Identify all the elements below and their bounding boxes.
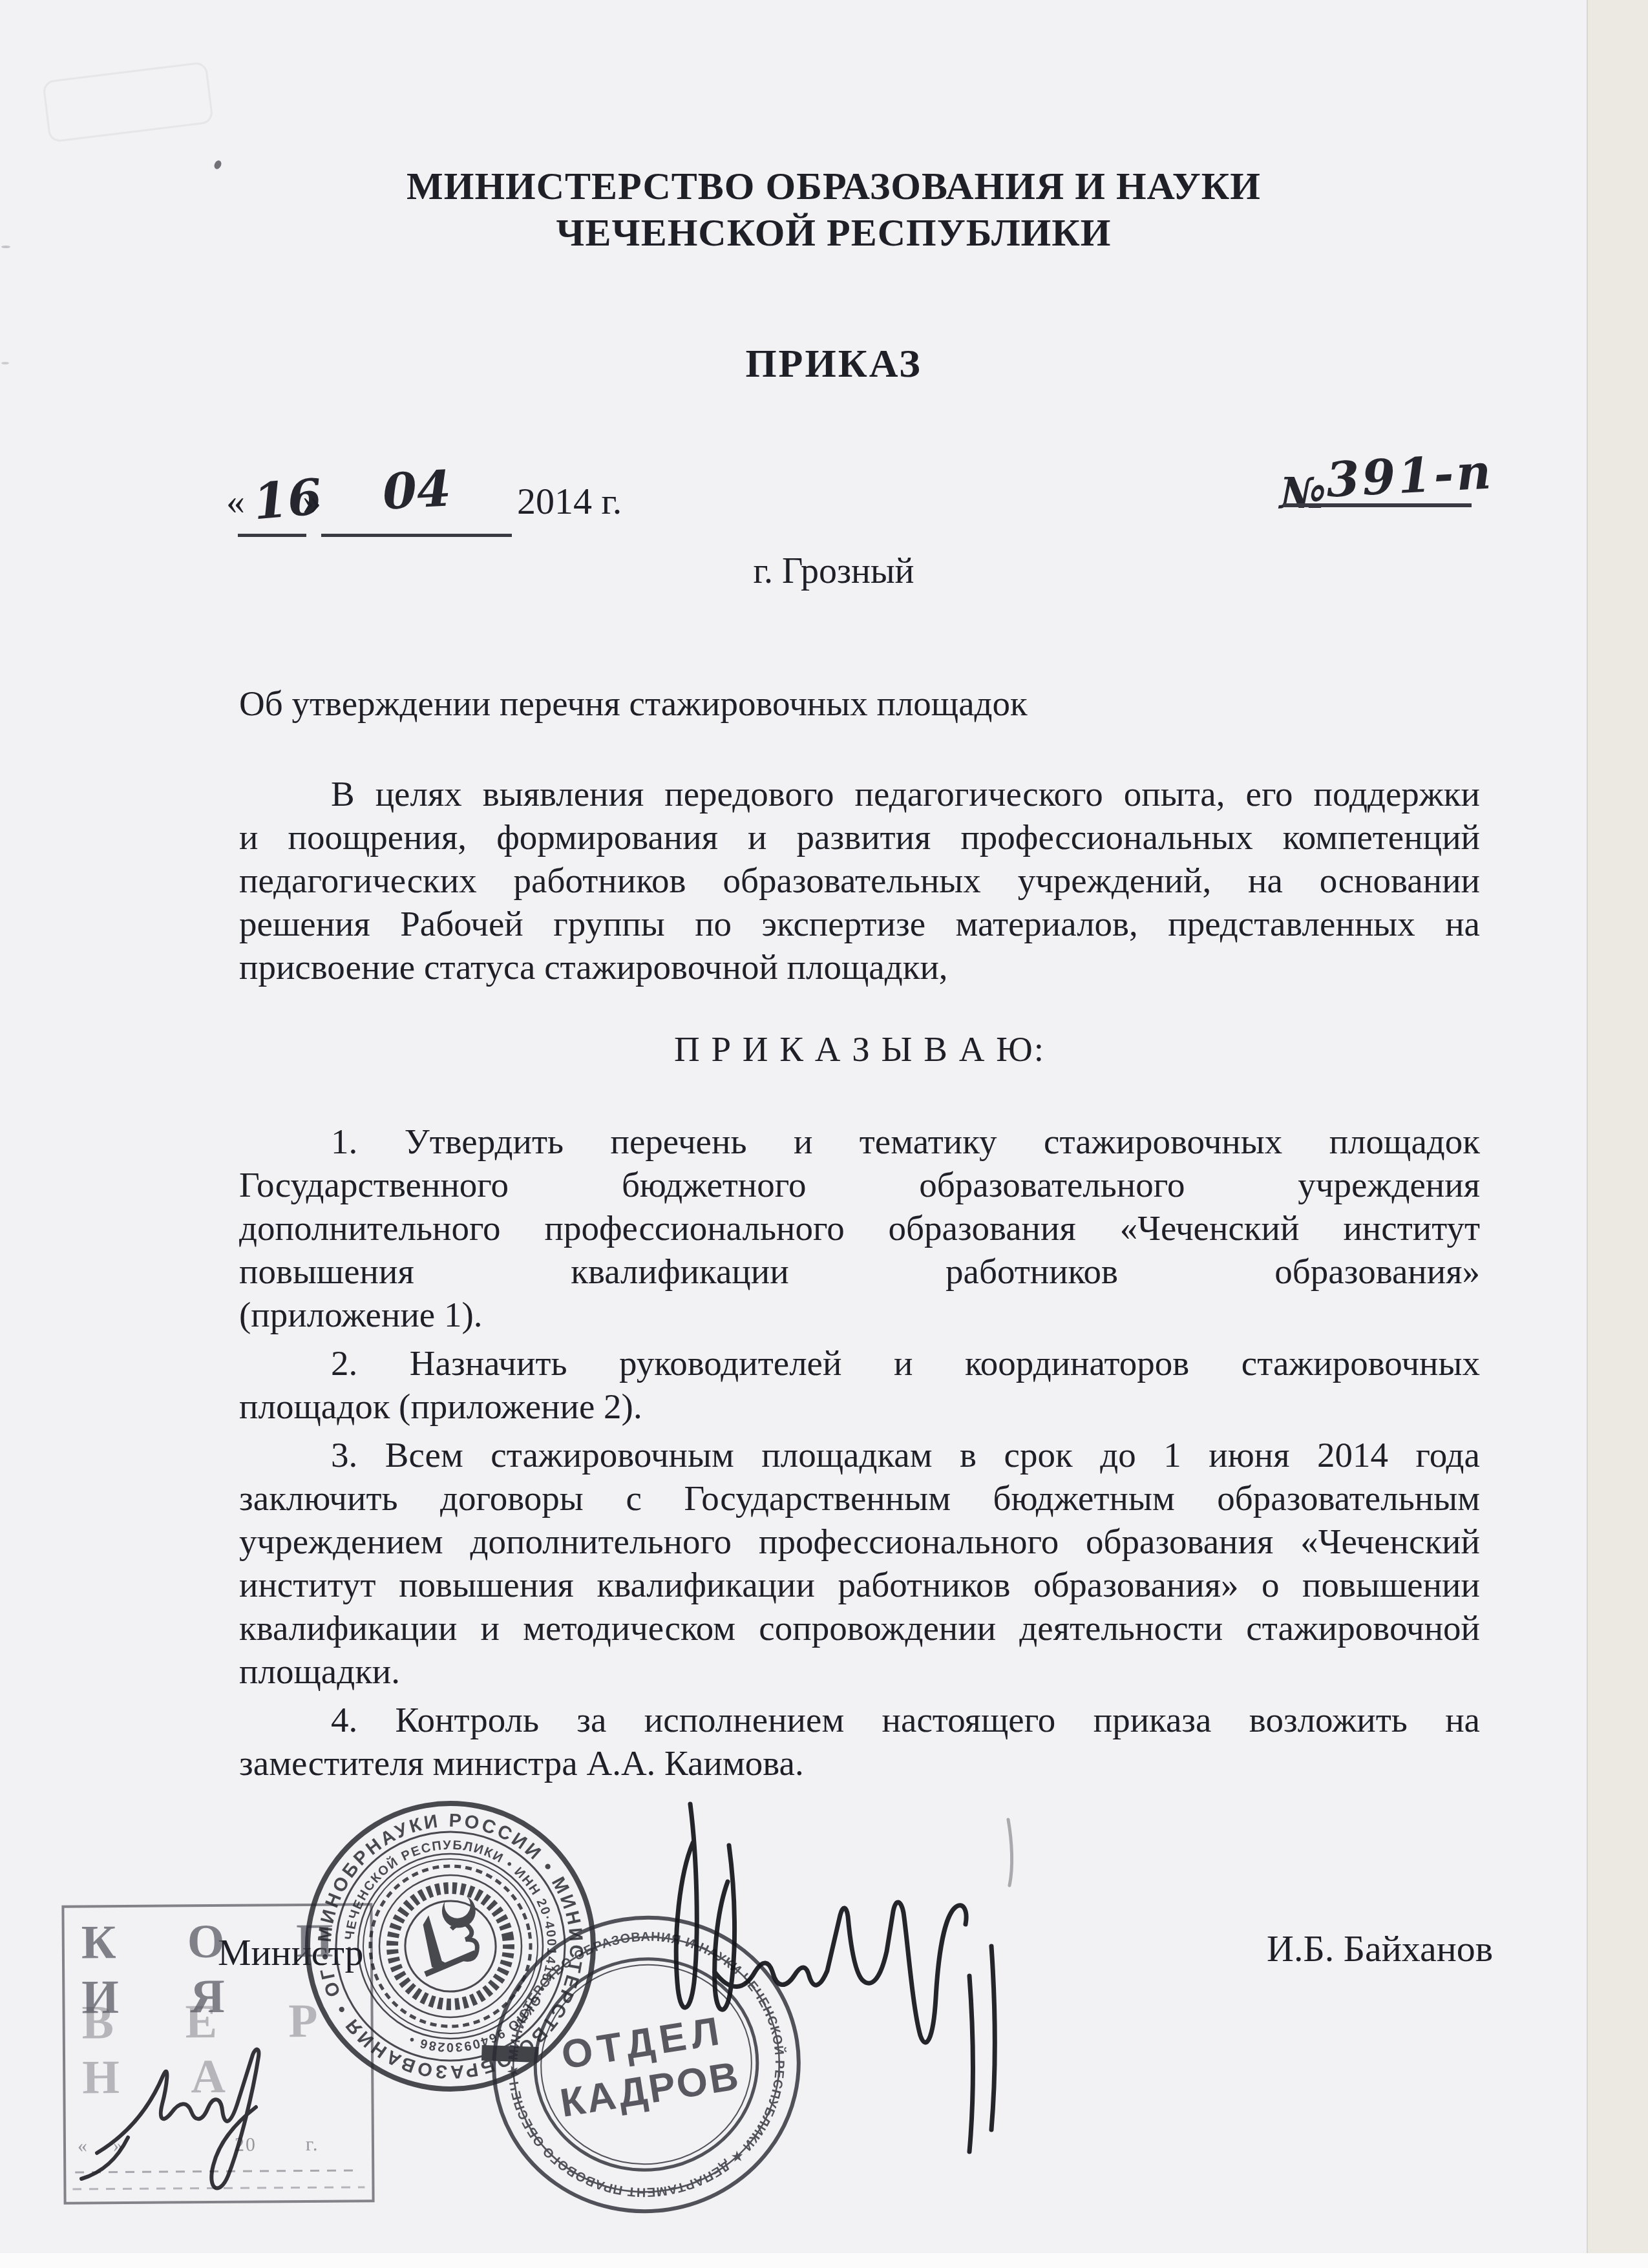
doc-line: повышения квалификации работников образо… bbox=[239, 1250, 1480, 1293]
doc-line: квалификации и методическом сопровождени… bbox=[239, 1606, 1480, 1650]
document-type-title: ПРИКАЗ bbox=[220, 341, 1448, 387]
handwritten-month: 04 bbox=[381, 459, 452, 520]
doc-line: (приложение 1). bbox=[239, 1293, 1480, 1336]
handwritten-order-number: 391-п bbox=[1325, 444, 1495, 508]
doc-line: 4. Контроль за исполнением настоящего пр… bbox=[239, 1698, 1480, 1741]
doc-line: 3. Всем стажировочным площадкам в срок д… bbox=[239, 1433, 1480, 1476]
doc-line: институт повышения квалификации работник… bbox=[239, 1563, 1480, 1606]
doc-line: В целях выявления передового педагогичес… bbox=[239, 772, 1480, 815]
scan-bottom-edge bbox=[0, 2253, 1648, 2268]
scan-speck bbox=[1, 362, 9, 364]
doc-line: Об утверждении перечня стажировочных пло… bbox=[239, 682, 1480, 725]
date-year: 2014 г. bbox=[517, 479, 622, 523]
document-body: Об утверждении перечня стажировочных пло… bbox=[239, 682, 1480, 1785]
minister-signature bbox=[659, 1790, 1021, 2165]
doc-line: площадок (приложение 2). bbox=[239, 1385, 1480, 1428]
paperclip-imprint bbox=[42, 61, 214, 143]
doc-line: дополнительного профессионального образо… bbox=[239, 1206, 1480, 1250]
doc-line: заключить договоры с Государственным бюд… bbox=[239, 1476, 1480, 1520]
scanned-document-page: { "page": {"width": 2550, "height": 3510… bbox=[0, 0, 1648, 2268]
doc-line: заместителя министра А.А. Каимова. bbox=[239, 1741, 1480, 1785]
doc-line: педагогических работников образовательны… bbox=[239, 859, 1480, 902]
doc-line: П Р И К А З Ы В А Ю: bbox=[239, 1027, 1480, 1071]
scan-speck bbox=[1, 246, 10, 248]
day-underline bbox=[238, 534, 306, 537]
number-underline bbox=[1283, 503, 1472, 507]
place-line: г. Грозный bbox=[220, 551, 1448, 592]
doc-line: присвоение статуса стажировочной площадк… bbox=[239, 945, 1480, 989]
doc-line: 2. Назначить руководителей и координатор… bbox=[239, 1341, 1480, 1385]
doc-line: 1. Утвердить перечень и тематику стажиро… bbox=[239, 1120, 1480, 1163]
doc-line: площадки. bbox=[239, 1650, 1480, 1693]
month-underline bbox=[321, 534, 512, 537]
doc-line: учреждением дополнительного профессионал… bbox=[239, 1520, 1480, 1563]
doc-line: решения Рабочей группы по экспертизе мат… bbox=[239, 902, 1480, 945]
date-quote-close: » bbox=[302, 479, 321, 523]
number-sign: № bbox=[1280, 468, 1326, 518]
seal-center-emblem bbox=[413, 1895, 485, 1975]
ministry-name-line1: МИНИСТЕРСТВО ОБРАЗОВАНИЯ И НАУКИ bbox=[220, 163, 1448, 209]
signer-name: И.Б. Байханов bbox=[1267, 1927, 1493, 1970]
date-quote-open: « bbox=[226, 479, 245, 523]
copy-stamp-signature bbox=[58, 2029, 278, 2203]
ministry-name-line2: ЧЕЧЕНСКОЙ РЕСПУБЛИКИ bbox=[220, 209, 1448, 256]
doc-line: Государственного бюджетного образователь… bbox=[239, 1163, 1480, 1206]
scan-right-edge bbox=[1587, 0, 1648, 2268]
doc-line: и поощрения, формирования и развития про… bbox=[239, 815, 1480, 859]
